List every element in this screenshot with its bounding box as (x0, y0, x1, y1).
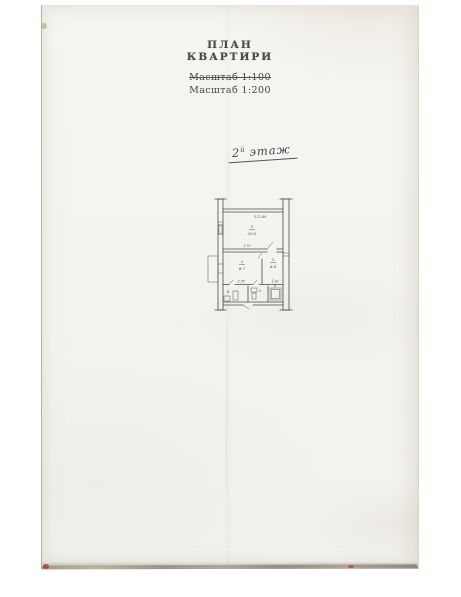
room-1-width-dim: 3.73 (243, 244, 250, 248)
scale-block: Масштаб 1:100 Масштаб 1:200 (42, 72, 418, 97)
room-3-area: 6.6 (270, 264, 277, 269)
title-line-1: ПЛАН (42, 39, 418, 51)
plan-left-wall (215, 199, 226, 310)
document-header: ПЛАН КВАРТИРИ Масштаб 1:100 Масштаб 1:20… (42, 39, 418, 97)
plan-balcony (208, 256, 218, 282)
plan-fixture-sink (233, 291, 238, 300)
room-5-number: 5 (259, 289, 261, 293)
floor-plan-drawing: 5.12.89 1 20.0 3.73 2 8.7 3.78 3 6.6 1.9… (207, 196, 297, 316)
scale-line-crossed-out: Масштаб 1:100 (42, 72, 418, 85)
plan-mid-wall (223, 242, 283, 252)
room-1-number: 1 (251, 224, 254, 229)
plan-service-compartments (224, 286, 281, 302)
plan-right-wall (280, 199, 292, 310)
plan-room-divider (258, 253, 262, 284)
room-2-area: 8.7 (239, 266, 246, 271)
room-4-number: 4 (226, 290, 229, 294)
paper-sheet: ПЛАН КВАРТИРИ Масштаб 1:100 Масштаб 1:20… (41, 5, 419, 569)
paper-bottom-edge (42, 565, 418, 570)
room-3-label: 3 6.6 (270, 257, 277, 269)
corner-mark-bottom-left (43, 564, 49, 569)
plan-bottom-wall (223, 302, 283, 309)
room-3-width-dim: 1.90 (271, 280, 278, 284)
room-2-number: 2 (240, 259, 244, 264)
plan-date-note: 5.12.89 (254, 215, 266, 219)
room-1-area: 20.0 (247, 231, 257, 236)
page-title: ПЛАН КВАРТИРИ (42, 39, 418, 63)
room-3-number: 3 (272, 257, 275, 262)
room-2-width-dim: 3.78 (237, 280, 244, 284)
title-line-2: КВАРТИРИ (42, 51, 418, 63)
scale-line: Масштаб 1:200 (42, 85, 418, 98)
plan-fixture-bathtub-inner (272, 290, 280, 299)
floor-word: этаж (249, 142, 291, 159)
scanned-page: { "page": { "background": "#ffffff" }, "… (0, 0, 461, 597)
plan-fixture-toilet (252, 293, 256, 299)
floor-number-suffix: й (240, 145, 245, 153)
paper-fold-crease (226, 306, 227, 511)
room-6-number: 6 (274, 284, 276, 288)
plan-top-wall (223, 209, 283, 212)
paper-stain-top-left (41, 23, 47, 29)
plan-fixture-cistern (251, 288, 257, 292)
room-1-label: 1 20.0 (247, 224, 257, 236)
plan-fixture-cabinet (224, 296, 230, 301)
handwritten-floor-note: 2й этаж (227, 142, 297, 164)
floor-plan: 5.12.89 1 20.0 3.73 2 8.7 3.78 3 6.6 1.9… (207, 196, 297, 316)
room-2-label: 2 8.7 (239, 259, 246, 271)
corner-mark-bottom-right (348, 565, 354, 568)
